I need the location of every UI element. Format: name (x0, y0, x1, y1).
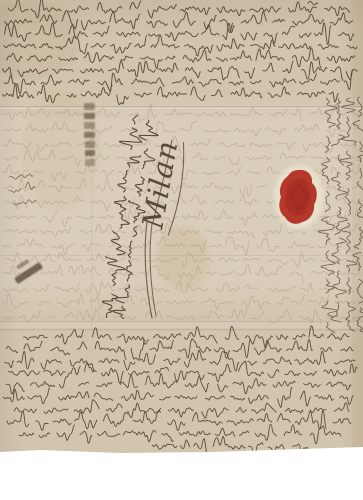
bottom-text-block (3, 326, 357, 453)
paper-sheet: Milan (0, 0, 363, 453)
letter-scan: Milan (0, 0, 363, 500)
top-edge-pen-mark (308, 1, 318, 4)
milan-word: Milan (135, 137, 184, 232)
wax-seal (274, 165, 324, 229)
letter-artwork: Milan (0, 0, 363, 453)
